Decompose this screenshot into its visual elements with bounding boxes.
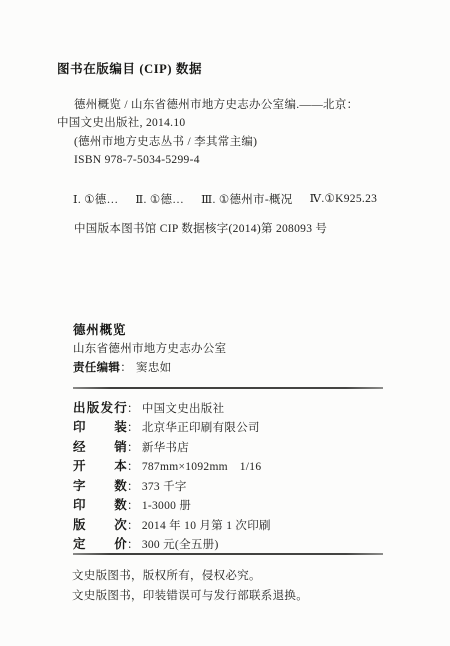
colophon-row-distributor: 经销：新华书店	[73, 438, 271, 457]
colophon-value: 373 千字	[142, 481, 187, 493]
editor-name: 窦忠如	[136, 362, 171, 374]
colophon-row-edition: 版次：2014 年 10 月第 1 次印刷	[73, 516, 271, 535]
compiler-name: 山东省德州市地方史志办公室	[73, 340, 226, 359]
colophon-value: 787mm×1092mm 1/16	[142, 461, 262, 473]
colophon-value: 北京华正印刷有限公司	[142, 422, 260, 434]
copyright-page: 图书在版编目 (CIP) 数据 德州概览 / 山东省德州市地方史志办公室编.——…	[0, 0, 450, 646]
colophon-block: 出版发行：中国文史出版社 印装：北京华正印刷有限公司 经销：新华书店 开本：78…	[73, 399, 271, 555]
colophon-value: 新华书店	[142, 442, 189, 454]
colophon-value: 2014 年 10 月第 1 次印刷	[142, 520, 271, 532]
colophon-value: 300 元(全五册)	[142, 539, 219, 551]
colophon-row-printrun: 印数：1-3000 册	[73, 496, 271, 515]
colophon-label: 出版发行	[73, 399, 127, 417]
copyright-notice: 文史版图书，版权所有，侵权必究。	[72, 567, 308, 587]
title-block: 德州概览 山东省德州市地方史志办公室 责任编辑：窦忠如	[73, 321, 226, 378]
colophon-colon: ：	[127, 500, 139, 512]
colophon-colon: ：	[127, 520, 139, 532]
colophon-label: 经销	[73, 438, 127, 456]
colophon-label: 开本	[73, 457, 127, 475]
colophon-row-publisher: 出版发行：中国文史出版社	[73, 399, 271, 418]
colophon-row-price: 定价：300 元(全五册)	[73, 535, 271, 554]
colophon-row-wordcount: 字数：373 千字	[73, 477, 271, 496]
cip-header: 图书在版编目 (CIP) 数据	[57, 59, 202, 77]
editor-colon: ：	[120, 362, 132, 374]
divider-top	[73, 387, 383, 389]
colophon-colon: ：	[127, 481, 139, 493]
editor-line: 责任编辑：窦忠如	[73, 359, 226, 378]
cip-series-note: (德州市地方史志丛书 / 李其常主编)	[57, 133, 397, 151]
colophon-label: 印数	[73, 496, 127, 514]
colophon-row-format: 开本：787mm×1092mm 1/16	[73, 457, 271, 476]
notices-block: 文史版图书，版权所有，侵权必究。 文史版图书，印装错误可与发行部联系退换。	[72, 567, 308, 606]
divider-bottom	[73, 553, 383, 555]
colophon-colon: ：	[127, 422, 139, 434]
cip-record-number: 中国版本图书馆 CIP 数据核字(2014)第 208093 号	[74, 220, 327, 236]
editor-label: 责任编辑	[73, 362, 120, 374]
colophon-colon: ：	[127, 461, 139, 473]
colophon-label: 印装	[73, 418, 127, 436]
classification-item-2: Ⅱ. ①德…	[135, 191, 184, 207]
colophon-label: 字数	[73, 477, 127, 495]
colophon-value: 中国文史出版社	[142, 403, 225, 415]
classification-item-1: Ⅰ. ①德…	[73, 191, 118, 207]
colophon-colon: ：	[127, 403, 139, 415]
cip-entry-line-2: 中国文史出版社, 2014.10	[57, 114, 397, 132]
colophon-label: 版次	[73, 516, 127, 534]
cip-classification-line: Ⅰ. ①德… Ⅱ. ①德… Ⅲ. ①德州市-概况 Ⅳ.①K925.23	[73, 191, 377, 207]
colophon-colon: ：	[127, 539, 139, 551]
book-title: 德州概览	[73, 321, 226, 340]
colophon-value: 1-3000 册	[142, 500, 191, 512]
cip-entry-line-1: 德州概览 / 山东省德州市地方史志办公室编.——北京：	[57, 96, 397, 114]
cip-entry-block: 德州概览 / 山东省德州市地方史志办公室编.——北京： 中国文史出版社, 201…	[57, 96, 397, 170]
colophon-label: 定价	[73, 535, 127, 553]
returns-notice: 文史版图书，印装错误可与发行部联系退换。	[72, 587, 308, 607]
classification-item-3: Ⅲ. ①德州市-概况	[201, 191, 292, 207]
colophon-colon: ：	[127, 442, 139, 454]
classification-item-4: Ⅳ.①K925.23	[310, 191, 378, 207]
colophon-row-printer: 印装：北京华正印刷有限公司	[73, 418, 271, 437]
cip-isbn: ISBN 978-7-5034-5299-4	[57, 151, 397, 169]
